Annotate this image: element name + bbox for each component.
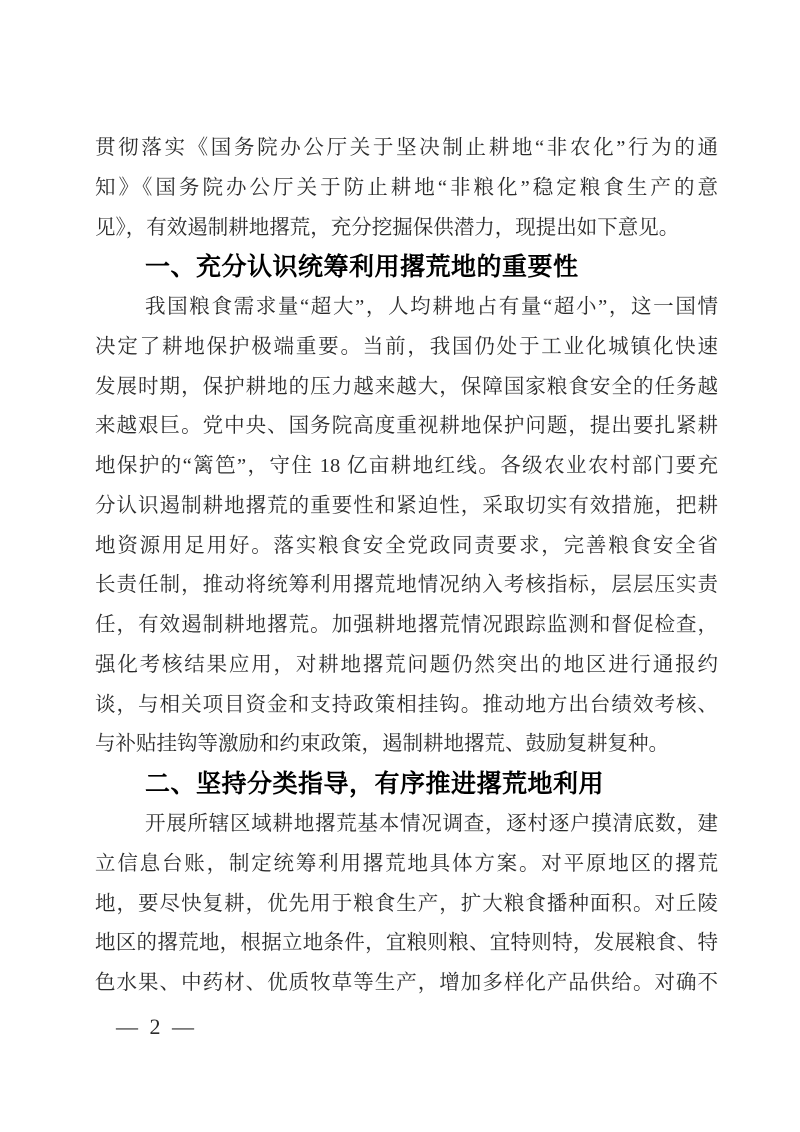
text-line: 知》《国务院办公厅关于防止耕地“非粮化”稳定粮食生产的意 [95,169,718,209]
document-page: 贯彻落实《国务院办公厅关于坚决制止耕地“非农化”行为的通 知》《国务院办公厅关于… [0,0,800,1132]
text-line: 分认识遏制耕地撂荒的重要性和紧迫性，采取切实有效措施，把耕 [95,487,718,527]
page-number: — 2 — [116,1012,197,1042]
text-line: 强化考核结果应用，对耕地撂荒问题仍然突出的地区进行通报约 [95,646,718,686]
text-line: 长责任制，推动将统筹利用撂荒地情况纳入考核指标，层层压实责 [95,566,718,606]
text-line: 地保护的“篱笆”，守住 18 亿亩耕地红线。各级农业农村部门要充 [95,447,718,487]
text-line: 任，有效遏制耕地撂荒。加强耕地撂荒情况跟踪监测和督促检查， [95,606,718,646]
text-line: 我国粮食需求量“超大”，人均耕地占有量“超小”，这一国情 [95,288,718,328]
text-line: 贯彻落实《国务院办公厅关于坚决制止耕地“非农化”行为的通 [95,129,718,169]
text-line: 决定了耕地保护极端重要。当前，我国仍处于工业化城镇化快速 [95,328,718,368]
text-line: 发展时期，保护耕地的压力越来越大，保障国家粮食安全的任务越 [95,368,718,408]
text-line: 立信息台账，制定统筹利用撂荒地具体方案。对平原地区的撂荒 [95,845,718,885]
text-line: 开展所辖区域耕地撂荒基本情况调查，逐村逐户摸清底数，建 [95,805,718,845]
text-line: 谈，与相关项目资金和支持政策相挂钩。推动地方出台绩效考核、 [95,686,718,726]
text-line: 地，要尽快复耕，优先用于粮食生产，扩大粮食播种面积。对丘陵 [95,885,718,925]
section-heading: 二、坚持分类指导，有序推进撂荒地利用 [95,765,718,805]
text-line: 地区的撂荒地，根据立地条件，宜粮则粮、宜特则特，发展粮食、特 [95,924,718,964]
text-line: 来越艰巨。党中央、国务院高度重视耕地保护问题，提出要扎紧耕 [95,407,718,447]
text-line: 地资源用足用好。落实粮食安全党政同责要求，完善粮食安全省 [95,527,718,567]
text-line: 见》，有效遏制耕地撂荒，充分挖掘保供潜力，现提出如下意见。 [95,209,718,249]
text-line: 与补贴挂钩等激励和约束政策，遏制耕地撂荒、鼓励复耕复种。 [95,725,718,765]
text-line: 色水果、中药材、优质牧草等生产，增加多样化产品供给。对确不 [95,964,718,1004]
document-body: 贯彻落实《国务院办公厅关于坚决制止耕地“非农化”行为的通 知》《国务院办公厅关于… [95,129,718,1004]
section-heading: 一、充分认识统筹利用撂荒地的重要性 [95,248,718,288]
